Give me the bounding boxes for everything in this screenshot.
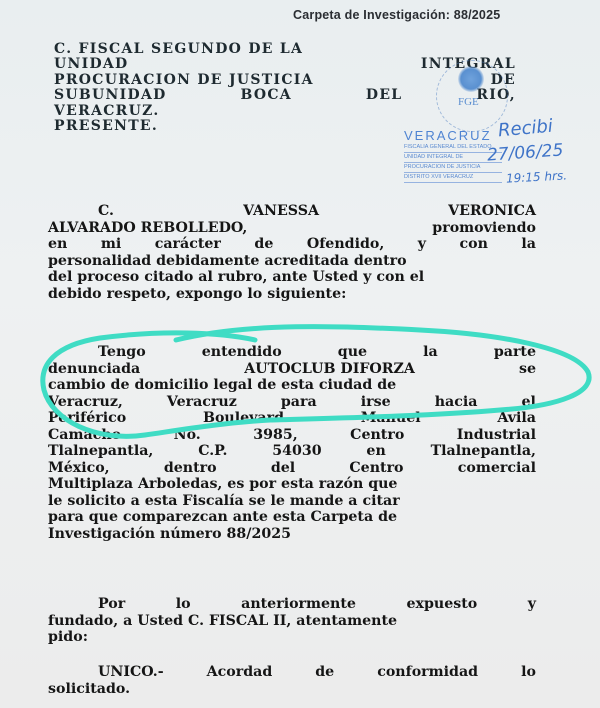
text-segment: Boulevard: [203, 410, 284, 427]
text-segment: el: [522, 394, 536, 411]
statement-paragraph: TengoentendidoquelapartedenunciadaAUTOCL…: [48, 344, 536, 542]
text-segment: para que comparezcan ante esta Carpeta d…: [48, 509, 397, 526]
text-line: personalidad debidamente acreditada dent…: [48, 253, 536, 270]
text-segment: con: [460, 236, 488, 253]
text-segment: Manuel: [361, 410, 421, 427]
text-segment: solicitado.: [48, 681, 130, 698]
addressee-line: C. FISCAL SEGUNDO DE LA: [54, 42, 516, 57]
text-segment: expuesto: [406, 596, 477, 613]
text-segment: comercial: [458, 460, 536, 477]
text-segment: en: [48, 236, 67, 253]
text-segment: Centro: [349, 460, 403, 477]
text-segment: entendido: [202, 344, 282, 361]
text-line: C.VANESSAVERONICA: [48, 203, 536, 220]
text-segment: AUTOCLUB DIFORZA: [244, 361, 415, 378]
text-segment: denunciada: [48, 361, 140, 378]
text-segment: lo: [521, 664, 536, 681]
addressee-word: VERACRUZ.: [54, 104, 160, 119]
addressee-word: SUBUNIDAD: [54, 88, 167, 103]
addressee-word: BOCA: [240, 88, 292, 103]
text-segment: dentro: [164, 460, 217, 477]
text-line: ALVARADO REBOLLEDO,promoviendo: [48, 220, 536, 237]
text-segment: lo: [176, 596, 191, 613]
addressee-word: PROCURACION DE JUSTICIA: [54, 73, 314, 88]
handwritten-date: 27/06/25: [486, 140, 564, 165]
text-line: CamachoNo.3985,CentroIndustrial: [48, 427, 536, 444]
text-line: debido respeto, expongo lo siguiente:: [48, 286, 536, 303]
text-segment: conformidad: [377, 664, 478, 681]
text-segment: VERONICA: [448, 203, 536, 220]
text-segment: No.: [174, 427, 201, 444]
text-segment: Ofendido,: [307, 236, 384, 253]
text-segment: Tlalnepantla,: [48, 443, 153, 460]
text-line: para que comparezcan ante esta Carpeta d…: [48, 509, 536, 526]
text-line: pido:: [48, 629, 536, 646]
text-segment: hacia: [435, 394, 478, 411]
text-segment: Camacho: [48, 427, 121, 444]
text-segment: anteriormente: [241, 596, 356, 613]
text-segment: Multiplaza Arboledas, es por esta razón …: [48, 476, 397, 493]
text-line: Tengoentendidoquelaparte: [48, 344, 536, 361]
text-segment: la: [423, 344, 438, 361]
text-line: fundado, a Usted C. FISCAL II, atentamen…: [48, 613, 536, 630]
text-segment: debido respeto, expongo lo siguiente:: [48, 286, 346, 303]
text-segment: Avila: [497, 410, 536, 427]
stamp-title: VERACRUZ: [404, 128, 502, 143]
text-segment: promoviendo: [432, 220, 536, 237]
request-paragraph: UNICO.-Acordaddeconformidadlosolicitado.: [48, 664, 536, 697]
closing-paragraph: Porloanteriormenteexpuestoyfundado, a Us…: [48, 596, 536, 646]
handwritten-received: Recibi: [497, 116, 554, 142]
text-segment: Investigación número 88/2025: [48, 526, 291, 543]
text-segment: pido:: [48, 629, 88, 646]
text-segment: Tlalnepantla,: [431, 443, 536, 460]
text-segment: Por: [98, 596, 125, 613]
text-line: Multiplaza Arboledas, es por esta razón …: [48, 476, 536, 493]
text-segment: en: [366, 443, 385, 460]
text-line: del proceso citado al rubro, ante Usted …: [48, 269, 536, 286]
text-segment: C.P.: [198, 443, 227, 460]
text-segment: de: [315, 664, 334, 681]
text-line: Veracruz,Veracruzparairsehaciael: [48, 394, 536, 411]
text-line: denunciadaAUTOCLUB DIFORZAse: [48, 361, 536, 378]
intro-paragraph: C.VANESSAVERONICAALVARADO REBOLLEDO,prom…: [48, 203, 536, 302]
text-line: México,dentrodelCentrocomercial: [48, 460, 536, 477]
text-segment: personalidad debidamente acreditada dent…: [48, 253, 407, 270]
text-segment: del: [271, 460, 295, 477]
text-line: cambio de domicilio legal de esta ciudad…: [48, 377, 536, 394]
text-segment: irse: [361, 394, 391, 411]
text-line: solicitado.: [48, 681, 536, 698]
text-line: PeriféricoBoulevardManuelAvila: [48, 410, 536, 427]
text-segment: Acordad: [207, 664, 273, 681]
text-line: le solicito a esta Fiscalía se le mande …: [48, 493, 536, 510]
addressee-word: C. FISCAL SEGUNDO DE LA: [54, 42, 303, 57]
handwritten-time: 19:15 hrs.: [506, 168, 568, 185]
text-segment: y: [528, 596, 536, 613]
text-segment: Periférico: [48, 410, 126, 427]
text-segment: y: [418, 236, 426, 253]
text-segment: Veracruz: [167, 394, 237, 411]
text-segment: 3985,: [253, 427, 297, 444]
text-line: Porloanteriormenteexpuestoy: [48, 596, 536, 613]
text-segment: ALVARADO REBOLLEDO,: [48, 220, 247, 237]
addressee-word: DEL: [366, 88, 403, 103]
text-segment: para: [281, 394, 317, 411]
text-segment: VANESSA: [243, 203, 319, 220]
text-segment: parte: [494, 344, 536, 361]
case-number: Carpeta de Investigación: 88/2025: [293, 8, 500, 22]
text-segment: México,: [48, 460, 110, 477]
text-segment: carácter: [155, 236, 221, 253]
text-segment: mi: [101, 236, 121, 253]
text-segment: Centro: [350, 427, 404, 444]
addressee-word: UNIDAD: [54, 57, 129, 72]
stamp-row: DISTRITO XVII VERACRUZ: [404, 173, 502, 183]
text-segment: Tengo: [98, 344, 146, 361]
text-segment: le solicito a esta Fiscalía se le mande …: [48, 493, 400, 510]
addressee-word: PRESENTE.: [54, 119, 158, 134]
text-segment: 54030: [272, 443, 321, 460]
text-line: Tlalnepantla,C.P.54030enTlalnepantla,: [48, 443, 536, 460]
text-segment: UNICO.-: [98, 664, 164, 681]
text-segment: se: [519, 361, 536, 378]
text-segment: Veracruz,: [48, 394, 123, 411]
text-segment: la: [521, 236, 536, 253]
text-segment: cambio de domicilio legal de esta ciudad…: [48, 377, 396, 394]
text-segment: que: [338, 344, 367, 361]
fge-emblem-icon: [458, 66, 484, 92]
text-segment: del proceso citado al rubro, ante Usted …: [48, 269, 424, 286]
text-segment: de: [254, 236, 273, 253]
text-segment: fundado, a Usted C. FISCAL II, atentamen…: [48, 613, 397, 630]
text-line: Investigación número 88/2025: [48, 526, 536, 543]
text-line: UNICO.-Acordaddeconformidadlo: [48, 664, 536, 681]
document-page: Carpeta de Investigación: 88/2025 C. FIS…: [0, 0, 600, 708]
text-segment: C.: [98, 203, 114, 220]
text-line: enmicarácterdeOfendido,yconla: [48, 236, 536, 253]
text-segment: Industrial: [457, 427, 536, 444]
stamp-emblem-text: FGE: [458, 96, 479, 108]
